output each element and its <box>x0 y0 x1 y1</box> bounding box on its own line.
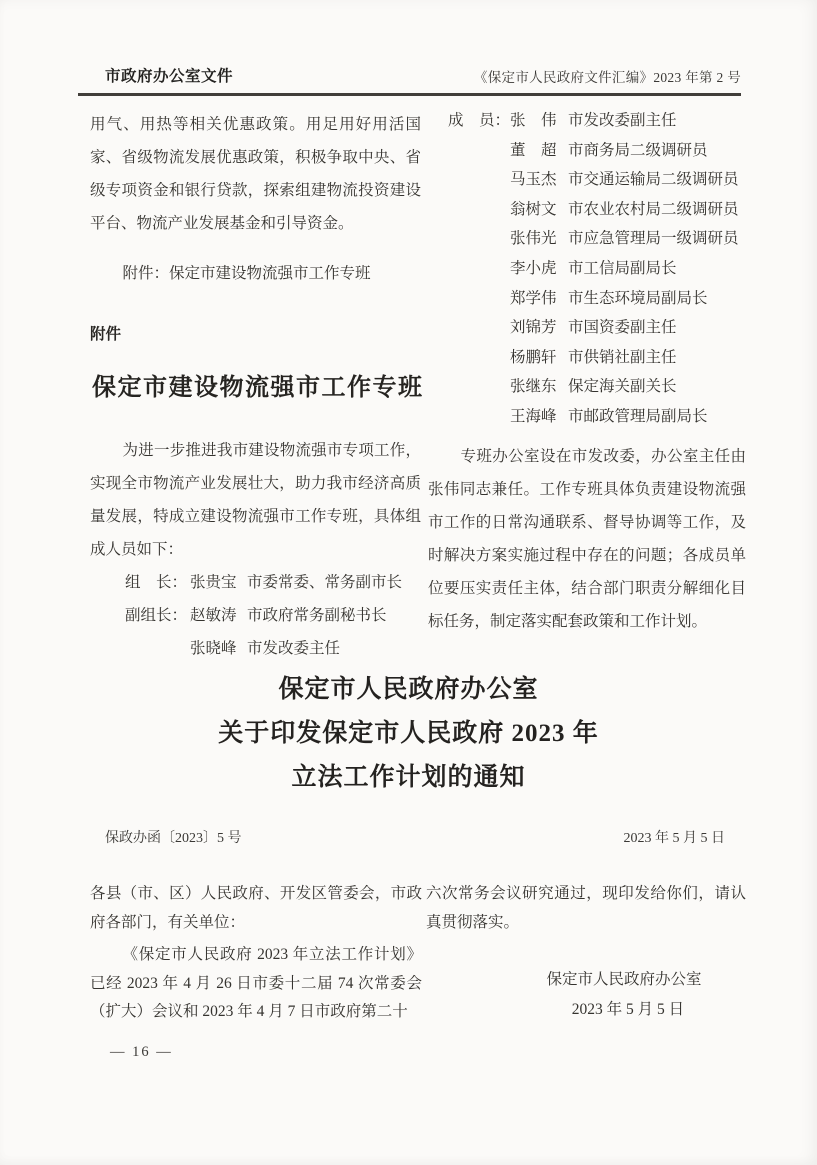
notice-title-line3: 立法工作计划的通知 <box>0 756 817 800</box>
header-compilation-issue: 《保定市人民政府文件汇编》2023 年第 2 号 <box>474 66 741 86</box>
member-row: 董 超 市商务局二级调研员 <box>428 136 746 166</box>
member-title: 市商务局二级调研员 <box>568 136 746 166</box>
leader-roles-list: 组 长： 张贵宝 市委常委、常务副市长 副组长： 赵敏涛 市政府常务副秘书长 张… <box>90 566 421 665</box>
role-name: 张晓峰 <box>190 632 247 665</box>
doc-date: 2023 年 5 月 5 日 <box>624 826 726 852</box>
member-name: 张继东 <box>510 372 568 402</box>
member-title: 市农业农村局二级调研员 <box>568 195 746 225</box>
lower-left-column: 各县（市、区）人民政府、开发区管委会，市政府各部门，有关单位： 《保定市人民政府… <box>90 880 422 1027</box>
header-rule <box>78 93 741 96</box>
attachment-reference: 附件：保定市建设物流强市工作专班 <box>90 257 421 290</box>
attachment-label: 附件 <box>90 319 421 351</box>
member-name: 马玉杰 <box>510 165 568 195</box>
member-name: 李小虎 <box>510 254 568 284</box>
member-name: 王海峰 <box>510 402 568 432</box>
upper-right-column: 成 员： 张 伟 市发改委副主任 董 超 市商务局二级调研员 马玉杰 市交通运输… <box>428 106 746 638</box>
role-label: 组 长： <box>125 566 190 599</box>
member-row: 马玉杰 市交通运输局二级调研员 <box>428 165 746 195</box>
upper-left-column: 用气、用热等相关优惠政策。用足用好用活国家、省级物流发展优惠政策，积极争取中央、… <box>90 108 421 665</box>
role-title: 市委常委、常务副市长 <box>247 566 421 599</box>
doc-number-row: 保政办函〔2023〕5 号 2023 年 5 月 5 日 <box>105 826 725 852</box>
member-title: 市工信局副局长 <box>568 254 746 284</box>
member-name: 张伟光 <box>510 224 568 254</box>
doc-number: 保政办函〔2023〕5 号 <box>105 826 242 852</box>
role-title: 市政府常务副秘书长 <box>247 599 421 632</box>
member-name: 董 超 <box>510 136 568 166</box>
role-label <box>125 632 190 665</box>
member-name: 翁树文 <box>510 195 568 225</box>
members-label: 成 员： <box>448 106 510 136</box>
notice-title-line1: 保定市人民政府办公室 <box>0 668 817 712</box>
taskforce-intro-paragraph: 为进一步推进我市建设物流强市专项工作，实现全市物流产业发展壮大，助力我市经济高质… <box>90 434 421 566</box>
member-title: 市发改委副主任 <box>568 106 746 136</box>
member-title: 市国资委副主任 <box>568 313 746 343</box>
member-row: 翁树文 市农业农村局二级调研员 <box>428 195 746 225</box>
member-row: 李小虎 市工信局副局长 <box>428 254 746 284</box>
taskforce-office-paragraph: 专班办公室设在市发改委，办公室主任由张伟同志兼任。工作专班具体负责建设物流强市工… <box>428 440 746 638</box>
signer-name: 保定市人民政府办公室 <box>426 965 746 994</box>
member-row: 成 员： 张 伟 市发改委副主任 <box>428 106 746 136</box>
attachment-title: 保定市建设物流强市工作专班 <box>92 368 421 408</box>
members-list: 成 员： 张 伟 市发改委副主任 董 超 市商务局二级调研员 马玉杰 市交通运输… <box>428 106 746 432</box>
role-label: 副组长： <box>125 599 190 632</box>
member-title: 市交通运输局二级调研员 <box>568 165 746 195</box>
policy-paragraph: 用气、用热等相关优惠政策。用足用好用活国家、省级物流发展优惠政策，积极争取中央、… <box>90 108 421 240</box>
notice-body-continued: 六次常务会议研究通过，现印发给你们，请认真贯彻落实。 <box>426 880 746 937</box>
notice-body-paragraph: 《保定市人民政府 2023 年立法工作计划》已经 2023 年 4 月 26 日… <box>90 941 422 1027</box>
page-header: 市政府办公室文件 《保定市人民政府文件汇编》2023 年第 2 号 <box>78 64 741 86</box>
member-name: 郑学伟 <box>510 284 568 314</box>
leader-role-row: 张晓峰 市发改委主任 <box>90 632 421 665</box>
signature-date: 2023 年 5 月 5 日 <box>426 995 746 1024</box>
member-title: 保定海关副关长 <box>568 372 746 402</box>
notice-title: 保定市人民政府办公室 关于印发保定市人民政府 2023 年 立法工作计划的通知 <box>0 668 817 800</box>
member-name: 张 伟 <box>510 106 568 136</box>
notice-title-line2: 关于印发保定市人民政府 2023 年 <box>0 712 817 756</box>
member-row: 郑学伟 市生态环境局副局长 <box>428 284 746 314</box>
lower-right-column: 六次常务会议研究通过，现印发给你们，请认真贯彻落实。 保定市人民政府办公室 20… <box>426 880 746 1024</box>
member-name: 刘锦芳 <box>510 313 568 343</box>
member-name: 杨鹏轩 <box>510 343 568 373</box>
member-title: 市供销社副主任 <box>568 343 746 373</box>
member-title: 市邮政管理局副局长 <box>568 402 746 432</box>
leader-role-row: 组 长： 张贵宝 市委常委、常务副市长 <box>90 566 421 599</box>
document-page: 市政府办公室文件 《保定市人民政府文件汇编》2023 年第 2 号 用气、用热等… <box>0 0 817 1165</box>
header-doc-category: 市政府办公室文件 <box>78 64 233 86</box>
salutation-paragraph: 各县（市、区）人民政府、开发区管委会，市政府各部门，有关单位： <box>90 880 422 937</box>
member-row: 张继东 保定海关副关长 <box>428 372 746 402</box>
role-title: 市发改委主任 <box>247 632 421 665</box>
role-name: 张贵宝 <box>190 566 247 599</box>
role-name: 赵敏涛 <box>190 599 247 632</box>
member-title: 市应急管理局一级调研员 <box>568 224 746 254</box>
member-title: 市生态环境局副局长 <box>568 284 746 314</box>
leader-role-row: 副组长： 赵敏涛 市政府常务副秘书长 <box>90 599 421 632</box>
member-row: 杨鹏轩 市供销社副主任 <box>428 343 746 373</box>
member-row: 刘锦芳 市国资委副主任 <box>428 313 746 343</box>
member-row: 张伟光 市应急管理局一级调研员 <box>428 224 746 254</box>
member-row: 王海峰 市邮政管理局副局长 <box>428 402 746 432</box>
page-number: — 16 — <box>110 1044 173 1061</box>
